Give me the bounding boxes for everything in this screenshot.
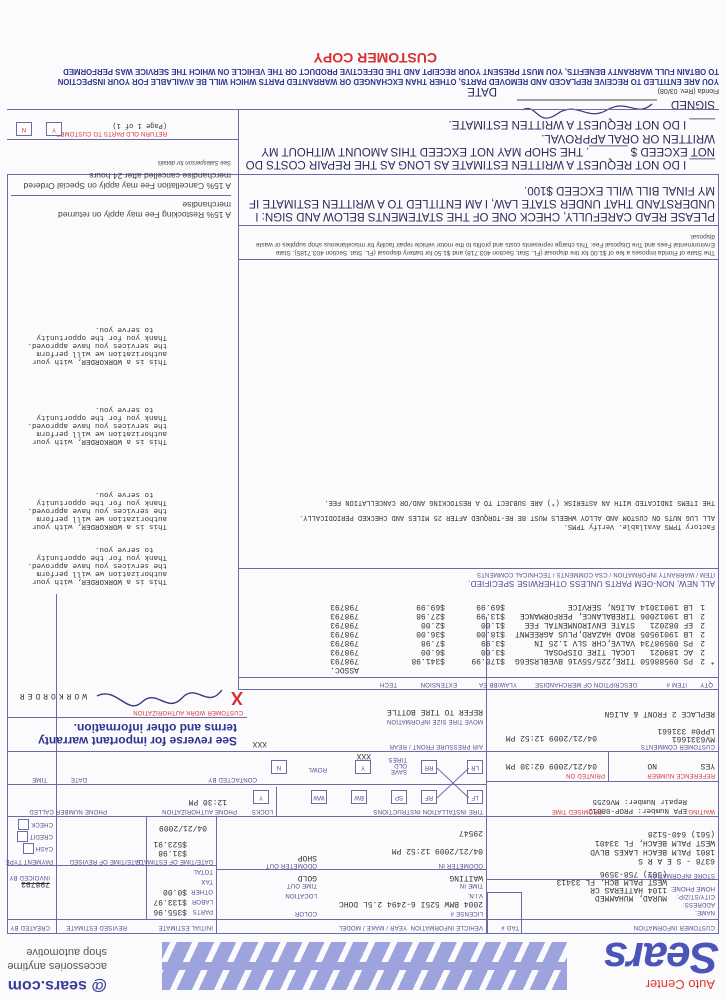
time-out: GOLD <box>298 873 317 882</box>
comment-time: 04/21/2009 12:52 PM <box>506 733 597 742</box>
invoiced-by: 798793 <box>21 879 50 888</box>
col-description: DESCRIPTION OF MERCHANDISE <box>535 681 637 687</box>
check-checkbox[interactable] <box>18 819 29 830</box>
payment-check[interactable]: CHECK <box>17 818 53 830</box>
tire-rotation-diagram <box>437 768 469 798</box>
repair-number: Repair Number: MV6255 <box>588 796 687 805</box>
col-tech: TECH <box>380 681 397 687</box>
customer-address: 1104 HATTERAS CR <box>557 885 667 893</box>
ymm-label: YEAR / MAKE / MODEL <box>339 924 407 930</box>
comment-1: MV6331661 <box>657 734 715 742</box>
cell-ext: $341.98 <box>411 656 445 665</box>
customer-info-label: CUSTOMER INFORMATION <box>634 924 715 930</box>
lr-position[interactable]: LR <box>467 760 483 774</box>
cell-desc: ROAD HAZARD,PLUS AGREEMNT <box>515 629 635 638</box>
tire-install-label: TIRE INSTALLATION INSTRUCTIONS <box>373 808 483 814</box>
tagline-shop: shop automotive <box>26 946 107 958</box>
cell-ea: $69.99 <box>476 602 505 611</box>
restocking-note: THE ITEMS INDICATED WITH AN ASTERISK (*)… <box>299 497 715 506</box>
return-parts-yes[interactable]: Y <box>46 122 62 136</box>
cell-assoc: 798793 <box>330 647 359 656</box>
other-label: OTHER <box>191 886 213 896</box>
locks-label: LOCKS <box>252 808 273 814</box>
cell-desc: TIRE,225/55V16 BVEBLRSE6G <box>515 656 635 665</box>
cell-ea: $1.00 <box>481 620 505 629</box>
customer-copy-label: CUSTOMER COPY <box>314 50 437 66</box>
reference-no: NO <box>647 761 657 770</box>
cell-ea: $13.99 <box>476 611 505 620</box>
cell-ea: $3.99 <box>481 638 505 647</box>
cell-assoc: 798793 <box>330 611 359 620</box>
thank-you-note-4: This is a WORKORDER, with your authoriza… <box>27 325 167 365</box>
year-make-model: 2004 BMW 525I 6-2494 2.5L DOHC <box>339 899 483 908</box>
cell-qty: 2 <box>700 629 705 638</box>
reference-yes: YES <box>701 761 715 770</box>
lug-nut-note: ALL LUG NUTS ON CUSTOM AND ALLOY WHEELS … <box>299 512 715 521</box>
customer-name: MURAD, MUHAMMED <box>557 893 667 901</box>
cell-desc: ALIGN, SERVICE <box>568 602 635 611</box>
thank-you-note-3: This is a WORKORDER, with your authoriza… <box>27 405 167 445</box>
cell-qty: 2 <box>700 611 705 620</box>
phone-auth-label: PHONE AUTHORIZATION <box>162 808 237 814</box>
cell-desc: LOCAL TIRE DISPOSAL <box>544 647 635 656</box>
customer-signature[interactable] <box>87 680 227 710</box>
ww-option[interactable]: WW <box>311 790 327 804</box>
cell-item: PS 09588650 <box>640 656 693 665</box>
tagline-accessories: accessories anytime <box>7 960 107 972</box>
cell-item: EF 082021 <box>650 620 693 629</box>
time-in: WAITING <box>449 873 483 882</box>
col-extension: EXTENSION <box>421 681 457 687</box>
cell-ea: $3.00 <box>481 647 505 656</box>
payment-credit[interactable]: CREDIT <box>17 830 53 842</box>
signature-x-mark: X <box>231 687 243 708</box>
locks-box[interactable]: Y <box>253 790 269 804</box>
cash-checkbox[interactable] <box>23 843 34 854</box>
col-each: YLAW/BB EA <box>479 681 517 687</box>
vehicle-info-label: VEHICLE INFORMATION <box>410 924 483 930</box>
parts-label: PARTS <box>191 906 213 916</box>
save-old-tires-label: SAVE OLD TIRES <box>379 756 407 774</box>
cell-item: LB 19012006 <box>640 611 693 620</box>
other-value: $355.96 <box>153 906 187 916</box>
waiting-label: WAITING <box>688 808 715 814</box>
estimate-option-1[interactable]: ____ I DO NOT REQUEST A WRITTEN ESTIMATE… <box>245 131 715 170</box>
payment-type-label: PAYMENT TYPE <box>5 858 53 864</box>
thank-you-note-1: This is a WORKORDER, with your authoriza… <box>27 545 167 585</box>
store-phone: (561) 640-5128 <box>590 829 715 838</box>
cell-assoc: 798793 <box>330 620 359 629</box>
odometer-out: SHOP <box>298 853 317 862</box>
customer-comments-label: CUSTOMER COMMENTS <box>641 743 715 749</box>
printed-on: 04/21/2009 02:30 PM <box>506 761 597 770</box>
page-count: (Page 1 of 1) <box>112 121 167 129</box>
cell-desc: TIREBALANCE, PERFORMANCE <box>520 611 635 620</box>
save-yes-box[interactable]: Y <box>355 760 371 774</box>
air-pressure-label: AIR PRESSURE FRONT / REAR <box>389 743 483 749</box>
license-label: LICENSE # <box>451 910 483 916</box>
color-label: COLOR <box>295 910 317 916</box>
disposal-fee-text: The State of Florida imposes a fee of $1… <box>245 232 715 256</box>
cell-ext: $2.00 <box>421 620 445 629</box>
cell-qty: 2 <box>700 620 705 629</box>
home-phone-label: HOME PHONE: <box>670 884 715 892</box>
rr-position[interactable]: RR <box>421 760 437 774</box>
payment-cash[interactable]: CASH <box>17 842 53 854</box>
rf-position[interactable]: RF <box>421 790 437 804</box>
cancellation-fee: A 15% Cancellation Fee may apply on Spec… <box>11 171 231 191</box>
cell-qty: 2 <box>700 656 705 665</box>
revised-estimate-label: REVISED ESTIMATE <box>66 924 127 930</box>
comments-header: ITEM / WARRANTY INFORMATION / CSA COMMEN… <box>477 571 715 577</box>
cell-assoc: 798793 <box>330 629 359 638</box>
cell-ext: $7.98 <box>421 638 445 647</box>
bw-option[interactable]: BW <box>351 790 367 804</box>
tire-size-label: MOVE TIRE SIZE INFORMATION <box>387 718 483 724</box>
cell-ea: $170.99 <box>471 656 505 665</box>
col-item: ITEM # <box>666 681 687 687</box>
labor-label: LABOR <box>191 896 213 906</box>
cell-assoc: 798793 <box>330 656 359 665</box>
odometer-out-label: ODOMETER OUT <box>266 862 317 868</box>
tag-label: TAG # <box>501 924 519 930</box>
workorder-stamp: WORKORDER <box>17 691 87 700</box>
no-box[interactable]: N <box>271 760 287 774</box>
store-info-label: STORE INFORMATION <box>648 872 715 878</box>
tax-label: TAX <box>191 876 213 886</box>
name-label: NAME: <box>670 908 715 916</box>
credit-checkbox[interactable] <box>17 831 28 842</box>
form-revision: Florida (Rev. 03/08) <box>658 87 719 94</box>
total-value-line: $0.00 <box>153 886 187 896</box>
tire-tread-graphic <box>162 942 567 990</box>
return-parts-label: RETURN OLD PARTS TO CUSTOMER <box>56 130 167 136</box>
cell-item: LB 19019505 <box>640 629 693 638</box>
phone-auth-time: 12:30 PM <box>189 797 227 806</box>
oem-note: ALL NEW, NON-OEM PARTS UNLESS OTHERWISE … <box>468 579 715 588</box>
refer-to-tire-bottle: REFER TO TIRE BOTTLE <box>387 707 483 716</box>
odometer-in-label: ODOMETER IN <box>438 862 483 868</box>
store-number: 6378 - S E A R S <box>590 856 715 865</box>
sp-position[interactable]: SP <box>391 790 407 804</box>
see-salesperson: See Salesperson for details <box>11 157 231 167</box>
reference-number-label: REFERENCE NUMBER <box>647 772 715 778</box>
store-address: 1801 PALM BEACH LAKES BLVD <box>590 847 715 856</box>
cell-desc: STATE ENVIRONMENTAL FEE <box>525 620 635 629</box>
tpms-note: Factory TPMS Available. Verify TPMS. <box>299 521 715 530</box>
grand-total: $523.91 <box>153 839 187 848</box>
warranty-notice: TO OBTAIN FULL WARRANTY BENEFITS, YOU MU… <box>63 67 719 76</box>
odometer-value: 29547 <box>459 828 483 837</box>
location-label: LOCATION <box>285 892 317 898</box>
store-city: WEST PALM BEACH, FL 33401 <box>590 838 715 847</box>
contact-time-label: TIME <box>32 776 47 782</box>
total-label: TOTAL <box>191 866 213 876</box>
cell-ext: $6.00 <box>421 647 445 656</box>
cell-ext: $69.99 <box>416 602 445 611</box>
air-pressure-value: XXX <box>253 739 267 748</box>
website-link[interactable]: @ sears.com <box>8 976 107 994</box>
date-of-revised-label: DATE/TIME OF REVISED <box>69 858 143 864</box>
estimate-date-value: $31.98 <box>158 848 187 857</box>
cell-ea: $18.00 <box>476 629 505 638</box>
save-xxx: XXX <box>357 751 371 760</box>
address-label: ADDRESS: <box>670 900 715 908</box>
return-parts-no[interactable]: N <box>16 122 32 136</box>
date-of-estimate-label: DATE/TIME OF ESTIMATE <box>136 858 213 864</box>
time-in-label: TIME IN <box>460 882 483 888</box>
comment-replace: REPLACE 2 FRONT & ALIGN <box>605 709 715 718</box>
city-label: CITY/ST/ZIP: <box>670 892 715 900</box>
tax-value: $133.97 <box>153 896 187 906</box>
entitled-notice: YOU ARE ENTITLED TO RECEIVE REPLACED AND… <box>58 77 719 86</box>
cell-item: AC 189021 <box>650 647 693 656</box>
cell-ext: $36.00 <box>416 629 445 638</box>
cell-qty: 2 <box>700 647 705 656</box>
vin-label: V.I.N. <box>467 892 483 898</box>
cell-item: LB 19013014 <box>640 602 693 611</box>
cell-assoc: 798793 <box>330 638 359 647</box>
contacted-by-label: CONTACTED BY <box>208 776 257 782</box>
work-order-sheet: Auto Center Sears @ sears.com accessorie… <box>0 0 727 1000</box>
printed-on-label: PRINTED ON <box>566 772 605 778</box>
promised-time-label: PROMISED TIME <box>552 808 603 814</box>
estimate-signature[interactable] <box>517 96 657 120</box>
cell-qty: 2 <box>700 638 705 647</box>
cell-flag: * <box>710 656 715 665</box>
sears-logo: Sears <box>604 932 719 982</box>
epa-number: EPA Number: PROP-08812 <box>588 805 687 814</box>
time-out-label: TIME OUT <box>287 882 317 888</box>
lf-position[interactable]: LF <box>467 790 483 804</box>
cell-qty: 1 <box>700 602 705 611</box>
phone-number-called-label: PHONE NUMBER CALLED <box>29 808 107 814</box>
estimate-date: 04/21/2009 <box>159 823 207 832</box>
cell-assoc: 798793 <box>330 602 359 611</box>
thank-you-note-2: This is a WORKORDER, with your authoriza… <box>27 490 167 530</box>
warranty-note: See reverse for important warranty terms… <box>7 721 237 747</box>
comment-2: LPP0# 331661 <box>657 726 715 734</box>
initial-estimate-label: INITIAL ESTIMATE <box>158 924 213 930</box>
assoc-label: ASSOC. <box>330 665 359 674</box>
odometer-in: 04/21/2009 12:52 PM <box>392 846 483 855</box>
rowl-label: ROWL <box>308 766 327 772</box>
col-qty: QTY <box>700 681 713 687</box>
contact-date-label: DATE <box>71 776 87 782</box>
cell-item: PS 09598734 <box>640 638 693 647</box>
restocking-fee: A 15% Restocking Fee may apply on return… <box>11 200 231 220</box>
estimate-statement-heading: PLEASE READ CAREFULLY, CHECK ONE OF THE … <box>245 183 715 222</box>
cell-desc: VALVE,CHR SLV 1.25 IN <box>534 638 635 647</box>
created-by-label: CREATED BY <box>10 924 50 930</box>
cell-ext: $27.98 <box>416 611 445 620</box>
